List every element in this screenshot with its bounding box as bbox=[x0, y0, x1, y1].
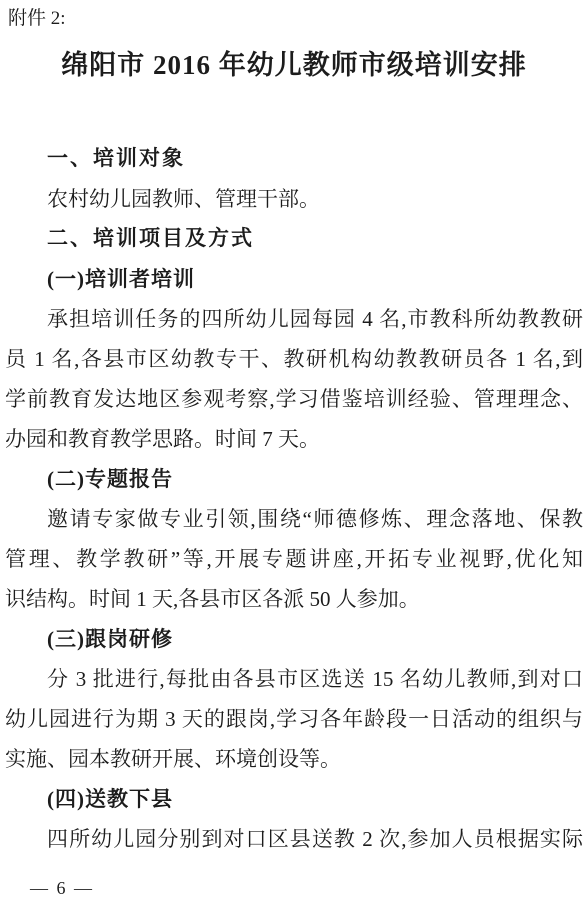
subsection-heading-4: (四)送教下县 bbox=[5, 779, 583, 819]
body-line: 学前教育发达地区参观考察,学习借鉴培训经验、管理理念、 bbox=[5, 379, 583, 419]
page-title: 绵阳市 2016 年幼儿教师市级培训安排 bbox=[0, 46, 588, 84]
body-line: 管理、教学教研”等,开展专题讲座,开拓专业视野,优化知 bbox=[5, 539, 583, 579]
document-page: 附件 2: 绵阳市 2016 年幼儿教师市级培训安排 一、培训对象 农村幼儿园教… bbox=[0, 0, 588, 915]
body-line: 四所幼儿园分别到对口区县送教 2 次,参加人员根据实际 bbox=[5, 819, 583, 859]
section-heading-2: 二、培训项目及方式 bbox=[5, 219, 583, 259]
body-line: 办园和教育教学思路。时间 7 天。 bbox=[5, 419, 583, 459]
subsection-heading-3: (三)跟岗研修 bbox=[5, 619, 583, 659]
subsection-heading-2: (二)专题报告 bbox=[5, 459, 583, 499]
body-line: 员 1 名,各县市区幼教专干、教研机构幼教教研员各 1 名,到 bbox=[5, 339, 583, 379]
body-line: 幼儿园进行为期 3 天的跟岗,学习各年龄段一日活动的组织与 bbox=[5, 699, 583, 739]
body-line: 分 3 批进行,每批由各县市区选送 15 名幼儿教师,到对口 bbox=[5, 659, 583, 699]
section-heading-1: 一、培训对象 bbox=[5, 139, 583, 179]
body-line: 实施、园本教研开展、环境创设等。 bbox=[5, 739, 583, 779]
document-body: 一、培训对象 农村幼儿园教师、管理干部。 二、培训项目及方式 (一)培训者培训 … bbox=[0, 139, 588, 859]
body-line: 邀请专家做专业引领,围绕“师德修炼、理念落地、保教 bbox=[5, 499, 583, 539]
body-line: 承担培训任务的四所幼儿园每园 4 名,市教科所幼教教研 bbox=[5, 299, 583, 339]
body-line: 农村幼儿园教师、管理干部。 bbox=[5, 179, 583, 219]
subsection-heading-1: (一)培训者培训 bbox=[5, 259, 583, 299]
attachment-label: 附件 2: bbox=[8, 6, 588, 32]
page-number: — 6 — bbox=[30, 876, 588, 900]
body-line: 识结构。时间 1 天,各县市区各派 50 人参加。 bbox=[5, 579, 583, 619]
